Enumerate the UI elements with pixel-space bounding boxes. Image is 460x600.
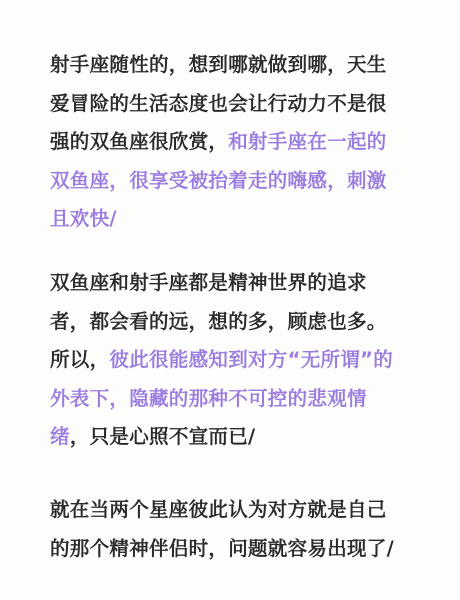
highlighted-text-run: 且欢快/ (50, 207, 117, 230)
document-page: 射手座随性的，想到哪就做到哪，天生 爱冒险的生活态度也会让行动力不是很 强的双鱼… (0, 0, 460, 600)
text-line: 强的双鱼座很欣赏，和射手座在一起的 (50, 123, 422, 162)
text-line: 射手座随性的，想到哪就做到哪，天生 (50, 46, 422, 85)
text-line: 就在当两个星座彼此认为对方就是自己 (50, 491, 422, 530)
text-line: 双鱼座，很享受被抬着走的嗨感，刺激 (50, 162, 422, 201)
text-run: 就在当两个星座彼此认为对方就是自己 (50, 498, 387, 521)
highlighted-text-run: 外表下，隐藏的那种不可控的悲观情 (50, 387, 367, 410)
text-line: 且欢快/ (50, 200, 422, 239)
text-run: 所以， (50, 348, 109, 371)
text-line: 外表下，隐藏的那种不可控的悲观情 (50, 380, 422, 419)
text-line: 的那个精神伴侣时，问题就容易出现了/ (50, 530, 422, 569)
highlighted-text-run: 双鱼座，很享受被抬着走的嗨感，刺激 (50, 169, 387, 192)
highlighted-text-run: 彼此很能感知到对方“无所谓”的 (109, 348, 393, 371)
text-line: 双鱼座和射手座都是精神世界的追求 (50, 264, 422, 303)
paragraph-sagittarius-pisces-appreciation: 射手座随性的，想到哪就做到哪，天生 爱冒险的生活态度也会让行动力不是很 强的双鱼… (50, 46, 422, 239)
highlighted-text-run: 和射手座在一起的 (228, 130, 386, 153)
text-run: 爱冒险的生活态度也会让行动力不是很 (50, 92, 387, 115)
text-run: 射手座随性的，想到哪就做到哪，天生 (50, 53, 387, 76)
text-run: 强的双鱼座很欣赏， (50, 130, 228, 153)
paragraph-spiritual-seekers: 双鱼座和射手座都是精神世界的追求 者，都会看的远，想的多，顾虑也多。 所以，彼此… (50, 264, 422, 457)
text-line: 者，都会看的远，想的多，顾虑也多。 (50, 303, 422, 342)
text-line: 爱冒险的生活态度也会让行动力不是很 (50, 85, 422, 124)
text-line: 所以，彼此很能感知到对方“无所谓”的 (50, 341, 422, 380)
text-run: 的那个精神伴侣时，问题就容易出现了/ (50, 537, 394, 560)
text-run: 双鱼座和射手座都是精神世界的追求 (50, 271, 367, 294)
text-run: ，只是心照不宣而已/ (70, 425, 256, 448)
highlighted-text-run: 绪 (50, 425, 70, 448)
paragraph-problems-arise: 就在当两个星座彼此认为对方就是自己 的那个精神伴侣时，问题就容易出现了/ (50, 491, 422, 568)
text-line: 绪，只是心照不宣而已/ (50, 418, 422, 457)
text-run: 者，都会看的远，想的多，顾虑也多。 (50, 310, 387, 333)
